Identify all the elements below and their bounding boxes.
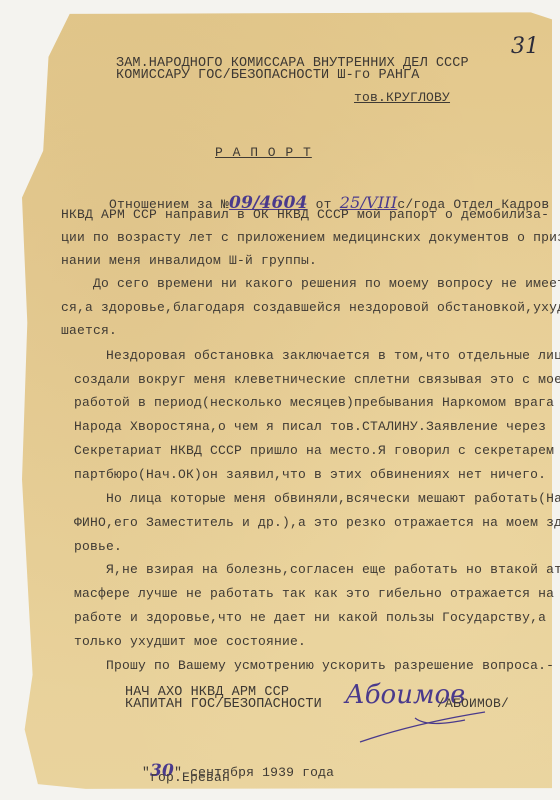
body-line: шается. [61,323,117,338]
page-number: 31 [511,34,539,59]
addressee-line-2: КОМИССАРУ ГОС/БЕЗОПАСНОСТИ Ш-го РАНГА [116,69,419,82]
body-line: нании меня инвалидом Ш-й группы. [61,253,317,268]
body-line: только ухудшит мое состояние. [74,634,306,649]
body-line: Нездоровая обстановка заключается в том,… [74,348,560,363]
body-line: создали вокруг меня клеветнические сплет… [74,372,560,387]
place-line: гор.Ереван [150,770,230,785]
body-line: ровье. [74,539,122,554]
body-line: работе и здоровье,что не дает ни какой п… [74,610,546,625]
body-line: ся,а здоровье,благодаря создавшейся незд… [61,300,560,315]
body-line: До сего времени ни какого решения по мое… [61,276,560,291]
body-line: Но лица которые меня обвиняли,всячески м… [74,491,560,506]
body-line: ции по возрасту лет с приложением медици… [61,230,560,245]
signature-title-2: КАПИТАН ГОС/БЕЗОПАСНОСТИ [125,698,322,711]
body-line: Прошу по Вашему усмотрению ускорить разр… [74,658,554,673]
body-line: Секретариат НКВД СССР пришло на место.Я … [74,443,554,458]
body-line: Народа Хворостяна,о чем я писал тов.СТАЛ… [74,419,546,434]
date-open-quote: " [142,765,150,780]
signer-name: /АБОИМОВ/ [437,696,509,711]
body-line: НКВД АРМ ССР направил в ОК НКВД СССР мой… [61,207,549,222]
body-line: ФИНО,его Заместитель и др.),а это резко … [74,515,560,530]
addressee-name: тов.КРУГЛОВУ [354,90,450,105]
body-line: Я,не взирая на болезнь,согласен еще рабо… [74,562,560,577]
document-title: Р А П О Р Т [215,145,312,160]
body-line: масфере лучше не работать так как это ги… [74,586,554,601]
body-line: партбюро(Нач.ОК)он заявил,что в этих обв… [74,467,546,482]
body-line: работой в период(несколько месяцев)пребы… [74,395,554,410]
